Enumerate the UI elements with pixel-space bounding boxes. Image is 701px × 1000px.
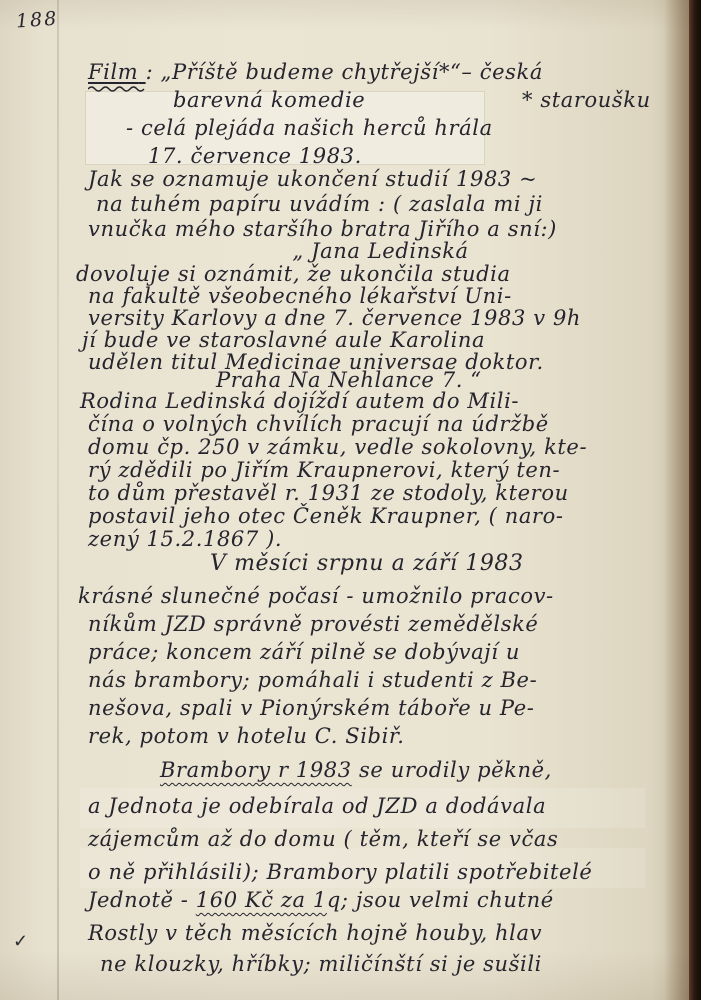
announcement-body: dovoluje si oznámit, že ukončila studia …: [88, 263, 673, 373]
text-line: čína o volných chvílích pracují na údržb…: [88, 413, 673, 436]
chronicle-page: 188 Film : „Příště budeme chytřejší*“– č…: [0, 0, 701, 1000]
text-line: Rostly v těch měsících hojně houby, hlav: [88, 918, 673, 949]
left-margin-crease: [57, 0, 59, 1000]
book-edge: [689, 0, 701, 1000]
footnote-asterisk: * staroušku: [522, 86, 651, 114]
film-label: Film: [88, 60, 146, 84]
price-prefix: Jednotě -: [88, 888, 196, 912]
film-subtitle: barevná komedie: [173, 88, 365, 112]
text-line: to dům přestavěl r. 1931 ze stodoly, kte…: [88, 482, 673, 505]
text-line: zájemcům až do domu ( těm, kteří se včas: [88, 823, 673, 856]
text-line: níkům JZD správně provésti zemědělské: [88, 610, 673, 638]
text-line: na tuhém papíru uvádím : ( zaslala mi ji: [96, 192, 673, 217]
wavy-underline-icon: [88, 85, 146, 93]
text-line: versity Karlovy a dne 7. července 1983 v…: [88, 307, 673, 329]
lead-rest: se urodily pěkně,: [352, 758, 552, 782]
text-line: Rodina Ledinská dojíždí autem do Mili-: [80, 390, 673, 413]
film-line3: - celá plejáda našich herců hrála: [126, 114, 673, 142]
text-line: postavil jeho otec Čeněk Kraupner, ( nar…: [88, 505, 673, 528]
heading-text: V měsíci srpnu a září 1983: [210, 550, 673, 578]
page-number: 188: [15, 5, 59, 36]
text-line: nás brambory; pomáhali i studenti z Be-: [88, 666, 673, 694]
film-entry: Film : „Příště budeme chytřejší*“– česká…: [88, 58, 673, 170]
text-line: Jak se oznamuje ukončení studií 1983 ~: [88, 167, 673, 192]
text-line: dovoluje si oznámit, že ukončila studia: [76, 263, 673, 285]
text-line: domu čp. 250 v zámku, vedle sokolovny, k…: [88, 436, 673, 459]
film-title-rest: : „Příště budeme chytřejší*“– česká: [146, 60, 543, 84]
text-line: ne klouzky, hříbky; miličínští si je suš…: [100, 949, 673, 980]
weather-paragraph: krásné slunečné počasí - umožnilo pracov…: [88, 582, 673, 750]
intro-paragraph: Jak se oznamuje ukončení studií 1983 ~ n…: [88, 167, 673, 242]
text-line: a Jednota je odebírala od JZD a dodávala: [88, 790, 673, 823]
family-paragraph: Rodina Ledinská dojíždí autem do Mili- č…: [88, 390, 673, 551]
section-heading: V měsíci srpnu a září 1983: [88, 550, 673, 578]
text-line: nešova, spali v Pionýrském táboře u Pe-: [88, 694, 673, 722]
text-line: krásné slunečné počasí - umožnilo pracov…: [78, 582, 673, 610]
film-label-text: Film: [88, 60, 138, 84]
announcement-name: „ Jana Ledinská: [88, 237, 673, 265]
text-line: rek, potom v hotelu C. Sibiř.: [88, 722, 673, 750]
text-line: jí bude ve staroslavné aule Karolina: [82, 329, 673, 351]
text-line: o ně přihlásili); Brambory platili spotř…: [88, 856, 673, 889]
margin-checkmark: ✓: [13, 928, 29, 956]
text-line: rý zdědili po Jiřím Kraupnerovi, který t…: [88, 459, 673, 482]
film-line2: barevná komedie * staroušku: [173, 86, 673, 114]
potatoes-paragraph: a Jednota je odebírala od JZD a dodávala…: [88, 790, 673, 889]
text-line: práce; koncem září pilně se dobývají u: [88, 638, 673, 666]
price-line: Jednotě - 160 Kč za 1q; jsou velmi chutn…: [88, 886, 673, 914]
potatoes-lead: Brambory r 1983 se urodily pěkně,: [88, 756, 673, 784]
underlined-price: 160 Kč za 1: [196, 888, 327, 912]
underlined-phrase: Brambory r 1983: [160, 758, 352, 782]
mushrooms-paragraph: Rostly v těch měsících hojně houby, hlav…: [88, 918, 673, 980]
text-line: zený 15.2.1867 ).: [88, 528, 673, 551]
film-title-line: Film : „Příště budeme chytřejší*“– česká: [88, 58, 673, 86]
film-date-line: 17. července 1983.: [148, 142, 673, 170]
text-line: na fakultě všeobecného lékařství Uni-: [88, 285, 673, 307]
price-suffix: q; jsou velmi chutné: [327, 888, 554, 912]
